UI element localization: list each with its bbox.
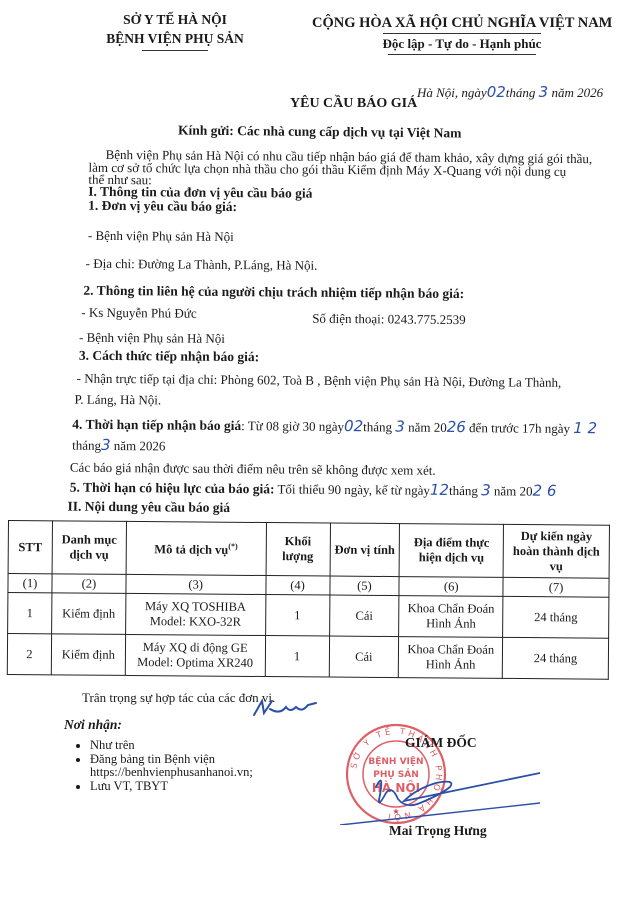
cell-location: Khoa Chẩn ĐoánHình Ảnh [399,637,503,679]
location-line: Hình Ảnh [403,616,500,632]
subsection-5-title: 5. Thời hạn có hiệu lực của báo giá: [70,480,275,497]
handwritten-start-year: 26 [447,418,466,436]
cell-stt: 1 [8,593,52,634]
description-line: Máy XQ TOSHIBA [129,599,262,615]
cell-unit: Cái [329,595,399,637]
description-line: Model: KXO-32R [129,614,262,630]
handwritten-start-day: 02 [344,417,363,435]
col-num: (5) [329,576,399,596]
cell-unit: Cái [329,636,399,678]
cell-location: Khoa Chẩn ĐoánHình Ảnh [399,596,503,638]
validity-text: Tối thiểu 90 ngày, kể từ ngày [274,481,430,497]
deadline-end-year: năm 2026 [110,438,165,453]
signer-name: Mai Trọng Hưng [389,823,487,839]
recipient-label: Đăng bảng tin Bệnh viện [90,752,215,766]
quotation-request-table: STT Danh mục dịch vụ Mô tả dịch vụ(*) Kh… [7,520,610,680]
director-title: GIÁM ĐỐC [405,735,477,751]
cell-completion: 24 tháng [502,637,608,679]
header-category: Danh mục dịch vụ [52,521,126,575]
col-num: (2) [52,574,126,594]
location-line: Khoa Chẩn Đoán [403,601,500,617]
deadline-text: : Từ 08 giờ 30 ngày [241,418,344,434]
description-line: Máy XQ di động GE [129,640,262,656]
recipient-item: Lưu VT, TBYT [90,780,253,794]
header-description: Mô tả dịch vụ(*) [126,521,266,575]
col-num: (6) [399,577,503,597]
cell-stt: 2 [7,634,51,675]
subsection-2-title: 2. Thông tin liên hệ của người chịu trác… [83,284,464,300]
col-num: (4) [266,576,330,596]
closing-thanks: Trân trọng sự hợp tác của các đơn vị. [82,690,275,706]
cell-description: Máy XQ TOSHIBAModel: KXO-32R [125,593,265,635]
col-num: (1) [8,574,52,593]
receive-line-1: - Nhận trực tiếp tại địa chỉ: Phòng 602,… [77,372,562,389]
header-completion: Dự kiến ngày hoàn thành dịch vụ [503,524,609,578]
section-2-title: II. Nội dung yêu cầu báo giá [68,500,231,514]
intro-line-2: làm cơ sở tổ chức lựa chọn nhà thầu cho … [88,161,566,178]
subsection-3-title: 3. Cách thức tiếp nhận báo giá: [79,349,259,364]
deadline-line: 4. Thời hạn tiếp nhận báo giá: Từ 08 giờ… [72,418,597,436]
handwritten-validity-month: 3 [481,481,491,499]
description-line: Model: Optima XR240 [129,655,262,671]
recipient-item: Đăng bảng tin Bệnh việnhttps://benhvienp… [90,753,253,780]
location-line: Hình Ảnh [402,657,499,673]
handwritten-validity-day: 12 [430,481,449,499]
table-header-row: STT Danh mục dịch vụ Mô tả dịch vụ(*) Kh… [8,521,609,579]
document-body: Bệnh viện Phụ sản Hà Nội có nhu cầu tiếp… [0,0,640,526]
table-row: 1 Kiểm định Máy XQ TOSHIBAModel: KXO-32R… [8,593,609,639]
col-num: (7) [503,577,609,597]
deadline-month-label: tháng [363,419,392,434]
header-description-label: Mô tả dịch vụ [154,543,228,558]
receive-line-2: P. Láng, Hà Nội. [74,393,161,407]
director-signature-icon [340,765,540,825]
header-stt: STT [8,521,52,574]
recipient-item: Như trên [90,739,253,753]
recipients-list: Như trên Đăng bảng tin Bệnh việnhttps://… [68,739,253,793]
handwritten-validity-year: 2 6 [533,482,557,500]
recipient-url: https://benhvienphusanhanoi.vn; [90,765,253,779]
subsection-4-title: 4. Thời hạn tiếp nhận báo giá [72,417,241,433]
deadline-end-month-label: tháng [72,438,101,453]
recipients-title: Nơi nhận: [64,717,122,733]
contact-phone: Số điện thoại: 0243.775.2539 [312,312,466,326]
cell-description: Máy XQ di động GEModel: Optima XR240 [125,634,265,676]
late-note: Các báo giá nhận được sau thời điểm nêu … [70,461,436,477]
handwritten-start-month: 3 [395,417,405,435]
deadline-year-label: năm 20 [405,420,447,435]
header-note-marker: (*) [228,542,237,551]
cell-quantity: 1 [265,595,329,637]
initials-signature-icon [250,697,320,719]
deadline-line-2: tháng3 năm 2026 [72,439,165,453]
cell-category: Kiểm định [52,593,126,635]
col-num: (3) [126,574,266,594]
location-line: Khoa Chẩn Đoán [402,642,499,658]
unit-address: - Địa chỉ: Đường La Thành, P.Láng, Hà Nộ… [86,257,318,272]
validity-year-label: năm 20 [491,483,533,498]
validity-month-label: tháng [449,483,478,498]
contact-name: - Ks Nguyễn Phú Đức [81,306,196,320]
header-quantity: Khối lượng [266,523,330,577]
handwritten-end-day: 1 2 [573,419,597,437]
header-unit: Đơn vị tính [330,523,400,577]
deadline-end-label: đến trước 17h ngày [466,420,570,436]
header-location: Địa điểm thực hiện dịch vụ [399,524,503,578]
cell-quantity: 1 [265,636,329,678]
validity-line: 5. Thời hạn có hiệu lực của báo giá: Tối… [70,481,557,498]
subsection-1-title: 1. Đơn vị yêu cầu báo giá: [88,199,237,213]
table-row: 2 Kiểm định Máy XQ di động GEModel: Opti… [7,634,608,680]
cell-completion: 24 tháng [503,596,609,638]
cell-category: Kiểm định [51,634,125,676]
unit-name: - Bệnh viện Phụ sản Hà Nội [88,229,234,243]
contact-unit: - Bệnh viện Phụ sản Hà Nội [79,331,225,345]
